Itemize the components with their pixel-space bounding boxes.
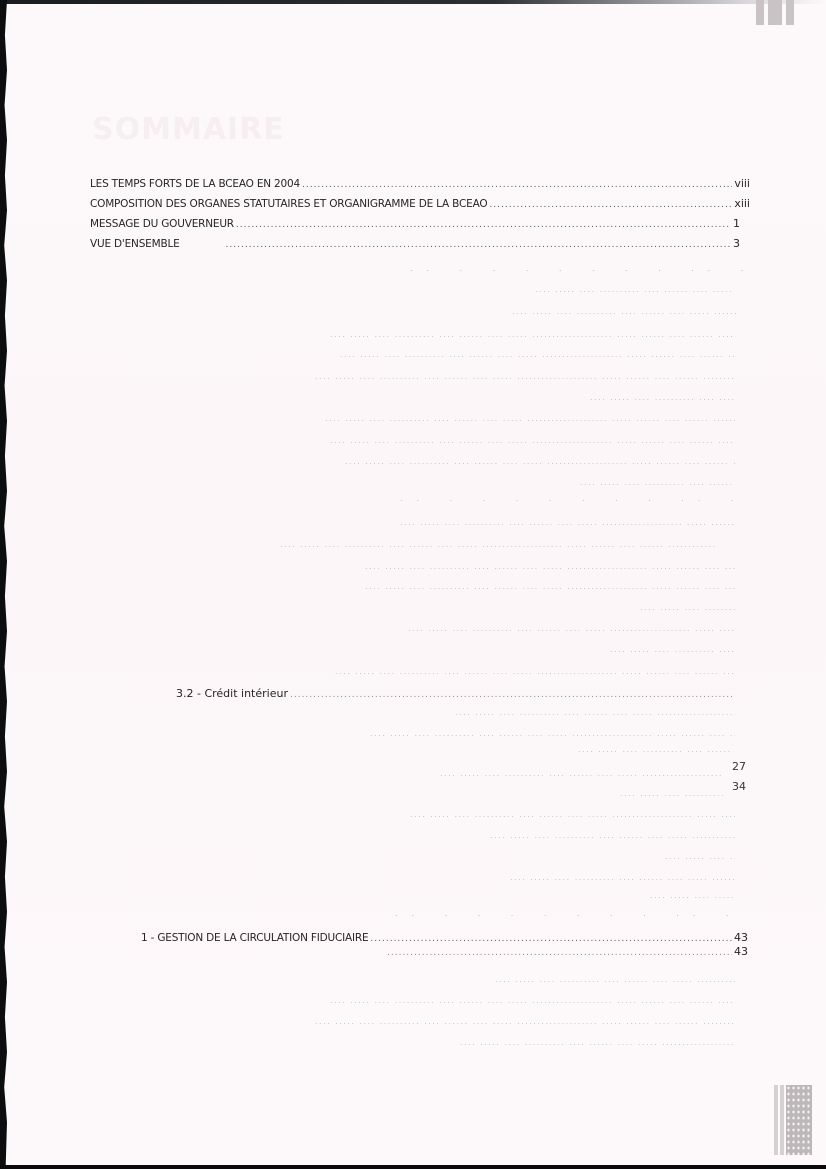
tab-pattern-block xyxy=(786,1085,812,1155)
faint-toc-leader xyxy=(408,624,735,634)
faint-toc-leader xyxy=(512,307,737,317)
faint-toc-leader xyxy=(610,645,735,655)
toc-dot-leader xyxy=(387,946,732,960)
page-tab-marker-top xyxy=(756,0,796,25)
toc-dot-leader xyxy=(226,238,731,252)
toc-entry-page: 43 xyxy=(734,931,748,945)
faint-toc-leader xyxy=(340,350,735,360)
tab-stripe xyxy=(774,1085,778,1155)
tab-stripe xyxy=(786,0,794,25)
toc-entry-label: 1 - GESTION DE LA CIRCULATION FIDUCIAIRE xyxy=(141,931,368,945)
toc-dot-leader xyxy=(290,688,734,702)
faint-toc-leader xyxy=(580,478,735,488)
toc-dot-leader xyxy=(370,932,732,946)
toc-dot-leader xyxy=(236,218,731,232)
faint-toc-leader xyxy=(345,457,735,467)
toc-dot-leader xyxy=(302,178,732,192)
tab-stripe xyxy=(768,0,782,25)
faint-toc-leader xyxy=(315,1017,735,1027)
scan-top-edge xyxy=(0,0,826,4)
faint-toc-leader xyxy=(455,708,735,718)
faint-toc-leader xyxy=(620,789,725,799)
toc-entry-page: 3 xyxy=(733,237,740,251)
faint-toc-leader xyxy=(650,891,735,901)
scan-bottom-edge xyxy=(0,1165,826,1169)
tab-stripe xyxy=(780,1085,784,1155)
toc-entry[interactable]: 43 xyxy=(385,945,748,960)
faint-toc-leader xyxy=(365,582,735,592)
toc-entry[interactable]: MESSAGE DU GOUVERNEUR 1 xyxy=(90,217,740,232)
toc-entry-page: 43 xyxy=(734,945,748,959)
faint-toc-leader xyxy=(315,372,735,382)
faint-toc-leader xyxy=(370,729,735,739)
faint-toc-leader xyxy=(280,540,735,550)
faint-toc-leader xyxy=(510,873,735,883)
faint-toc-leader xyxy=(665,852,735,862)
faint-toc-leader xyxy=(495,975,735,985)
faint-toc-leader xyxy=(400,494,735,504)
faint-toc-leader xyxy=(395,909,705,919)
toc-entry[interactable]: LES TEMPS FORTS DE LA BCEAO EN 2004 viii xyxy=(90,177,750,192)
faint-toc-leader xyxy=(440,769,725,779)
toc-entry-label: VUE D'ENSEMBLE xyxy=(90,237,180,251)
toc-entry-page: viii xyxy=(734,177,750,191)
faint-toc-leader xyxy=(640,603,735,613)
toc-entry-label: MESSAGE DU GOUVERNEUR xyxy=(90,217,234,231)
faint-toc-leader xyxy=(490,831,735,841)
faint-toc-leader xyxy=(325,414,735,424)
tab-stripe xyxy=(756,0,764,25)
faint-toc-leader xyxy=(365,562,735,572)
toc-dot-leader xyxy=(489,198,732,212)
toc-entry-label: 3.2 - Crédit intérieur xyxy=(176,687,288,701)
faint-toc-leader xyxy=(330,330,735,340)
toc-entry-label: LES TEMPS FORTS DE LA BCEAO EN 2004 xyxy=(90,177,300,191)
toc-entry-page: 1 xyxy=(733,217,740,231)
faded-page-heading: SOMMAIRE xyxy=(92,112,285,147)
page-tab-marker-bottom xyxy=(774,1085,812,1155)
faint-toc-leader xyxy=(330,436,735,446)
faint-toc-leader xyxy=(335,667,735,677)
faint-toc-leader xyxy=(590,393,735,403)
toc-entry-page: xiii xyxy=(734,197,750,211)
faint-toc-leader xyxy=(410,264,740,274)
toc-entry-page: 27 xyxy=(732,760,746,773)
toc-entry[interactable]: VUE D'ENSEMBLE 3 xyxy=(90,237,740,252)
faint-toc-leader xyxy=(578,745,735,755)
faint-toc-leader xyxy=(535,285,735,295)
toc-entry[interactable]: 3.2 - Crédit intérieur xyxy=(176,687,736,702)
toc-entry[interactable]: 1 - GESTION DE LA CIRCULATION FIDUCIAIRE… xyxy=(141,931,748,946)
faint-toc-leader xyxy=(330,996,735,1006)
toc-entry-label: COMPOSITION DES ORGANES STATUTAIRES ET O… xyxy=(90,197,487,211)
faint-toc-leader xyxy=(460,1038,735,1048)
toc-entry-page: 34 xyxy=(732,780,746,793)
faint-toc-leader xyxy=(400,518,735,528)
faint-toc-leader xyxy=(410,810,735,820)
toc-entry[interactable]: COMPOSITION DES ORGANES STATUTAIRES ET O… xyxy=(90,197,750,212)
